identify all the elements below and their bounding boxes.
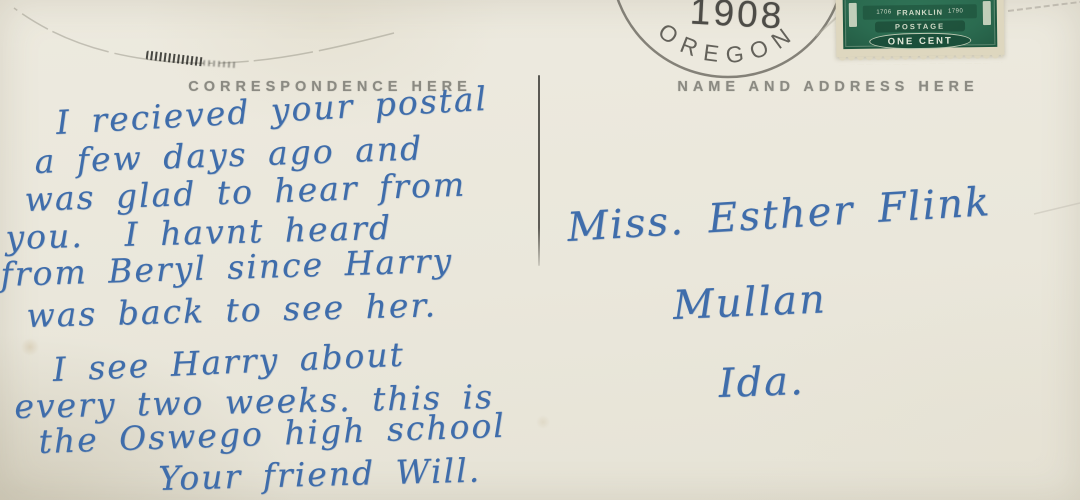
faint-postmark-arc: [14, 8, 394, 63]
stamp-pilaster-right: [983, 1, 991, 25]
message-line-7: I see Harry about: [52, 338, 405, 386]
name-address-header: NAME AND ADDRESS HERE: [628, 78, 1028, 96]
address-line-city: Mullan: [672, 279, 828, 326]
scratch-mark-top-right: [1008, 2, 1080, 11]
postcard-back: OREGON 1908 1706 FRANKLIN 1790 POSTAGE O…: [0, 0, 1080, 500]
stamp-design: 1706 FRANKLIN 1790 POSTAGE ONE CENT: [842, 0, 997, 49]
message-line-1: I recieved your postal: [55, 82, 489, 139]
stamp-franklin-label: FRANKLIN: [897, 7, 943, 17]
postmark-year: 1908: [689, 0, 785, 37]
postage-stamp: 1706 FRANKLIN 1790 POSTAGE ONE CENT: [835, 0, 1004, 65]
message-line-10: Your friend Will.: [158, 454, 481, 495]
address-line-recipient: Miss. Esther Flink: [566, 182, 992, 248]
message-line-6: was back to see her.: [26, 288, 437, 332]
stamp-title-tablet: 1706 FRANKLIN 1790: [863, 4, 977, 20]
cancellation-smudge: [146, 50, 205, 66]
center-divider-rule: [538, 75, 540, 266]
stamp-denomination: ONE CENT: [869, 32, 971, 49]
stamp-postage-label: POSTAGE: [875, 20, 965, 32]
stamp-perforation-edge: [838, 55, 1002, 65]
stamp-year-left: 1706: [876, 9, 891, 15]
stamp-pilaster-left: [849, 3, 857, 27]
scratch-mark-right-edge: [1034, 203, 1080, 214]
address-line-state: Ida.: [718, 361, 805, 404]
stamp-year-right: 1790: [948, 8, 963, 14]
cancellation-smudge-faint: [203, 60, 237, 68]
